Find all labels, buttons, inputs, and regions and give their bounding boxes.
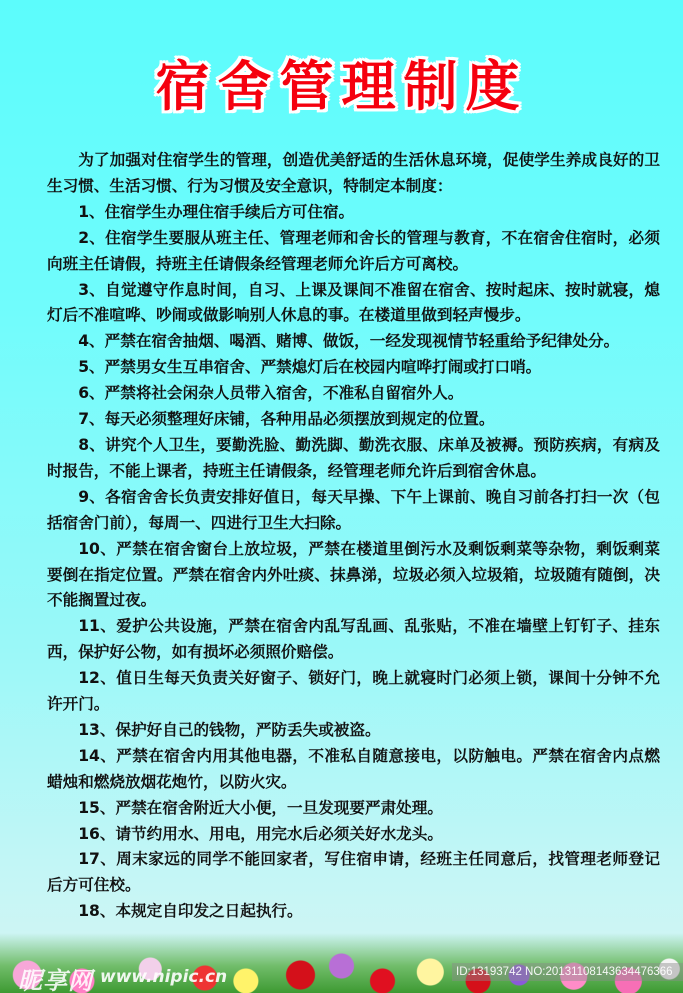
rule-5: 5、严禁男女生互串宿舍、严禁熄灯后在校园内喧哗打闹或打口哨。 [47,355,660,381]
poster-title: 宿舍管理制度 [0,44,683,121]
rule-13: 13、保护好自己的钱物，严防丢失或被盗。 [47,718,660,744]
rule-8: 8、讲究个人卫生，要勤洗脸、勤洗脚、勤洗衣服、床单及被褥。预防疾病，有病及时报告… [47,433,660,485]
watermark-id: ID:13193742 NO:20131108143634476366 [452,963,683,981]
rule-11: 11、爱护公共设施，严禁在宿舍内乱写乱画、乱张贴，不准在墙壁上钉钉子、挂东西，保… [47,614,660,666]
rule-16: 16、请节约用水、用电，用完水后必须关好水龙头。 [47,822,660,848]
rule-9: 9、各宿舍舍长负责安排好值日，每天早操、下午上课前、晚自习前各打扫一次（包括宿舍… [47,485,660,537]
rule-12: 12、值日生每天负责关好窗子、锁好门，晚上就寝时门必须上锁，课间十分钟不允许开门… [47,666,660,718]
rule-18: 18、本规定自印发之日起执行。 [47,899,660,925]
poster-body: 为了加强对住宿学生的管理，创造优美舒适的生活休息环境，促使学生养成良好的卫生习惯… [47,148,660,925]
rule-1: 1、住宿学生办理住宿手续后方可住宿。 [47,200,660,226]
rule-7: 7、每天必须整理好床铺，各种用品必须摆放到规定的位置。 [47,407,660,433]
rule-4: 4、严禁在宿舍抽烟、喝酒、赌博、做饭，一经发现视情节轻重给予纪律处分。 [47,329,660,355]
rule-17: 17、周末家远的同学不能回家者，写住宿申请，经班主任同意后，找管理老师登记后方可… [47,847,660,899]
rule-6: 6、严禁将社会闲杂人员带入宿舍，不准私自留宿外人。 [47,381,660,407]
rule-14: 14、严禁在宿舍内用其他电器，不准私自随意接电，以防触电。严禁在宿舍内点燃蜡烛和… [47,744,660,796]
rule-10: 10、严禁在宿舍窗台上放垃圾，严禁在楼道里倒污水及剩饭剩菜等杂物，剩饭剩菜要倒在… [47,537,660,615]
watermark-url: www.nipic.cn [100,967,227,987]
rule-15: 15、严禁在宿舍附近大小便，一旦发现要严肃处理。 [47,796,660,822]
rule-2: 2、住宿学生要服从班主任、管理老师和舍长的管理与教育，不在宿舍住宿时，必须向班主… [47,226,660,278]
rule-3: 3、自觉遵守作息时间，自习、上课及课间不准留在宿舍、按时起床、按时就寝，熄灯后不… [47,278,660,330]
dormitory-rules-poster: 宿舍管理制度 为了加强对住宿学生的管理，创造优美舒适的生活休息环境，促使学生养成… [0,0,683,993]
watermark-logo: 昵享网 [18,961,93,993]
intro-paragraph: 为了加强对住宿学生的管理，创造优美舒适的生活休息环境，促使学生养成良好的卫生习惯… [47,148,660,200]
